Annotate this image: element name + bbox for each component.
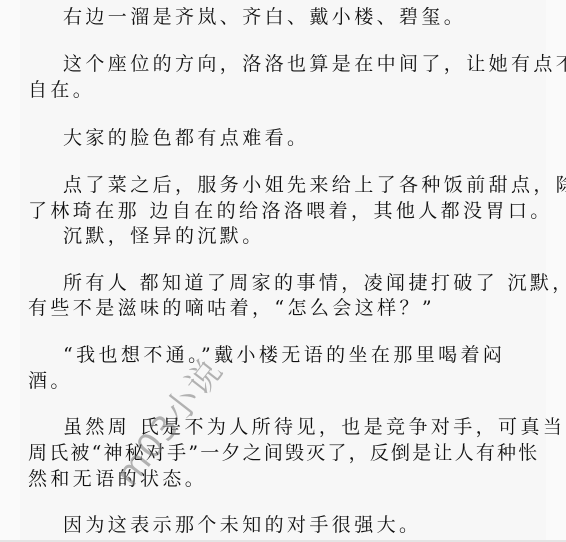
text-line: 右边一溜是齐岚、齐白、戴小楼、碧玺。: [63, 5, 566, 29]
text-line: 自在。: [28, 78, 558, 102]
page-margin-left: [0, 0, 20, 542]
text-line: “我也想不通。”戴小楼无语的坐在那里喝着闷: [63, 343, 566, 367]
text-line: 周氏被“神秘对手”一夕之间毁灭了，反倒是让人有种怅: [28, 441, 558, 465]
text-line: 了林琦在那 边自在的给洛洛喂着，其他人都没胃口。: [28, 199, 558, 223]
text-line: 沉默，怪异的沉默。: [63, 224, 566, 248]
text-line: 点了菜之后，服务小姐先来给上了各种饭前甜点，除: [63, 173, 566, 197]
text-line: 这个座位的方向，洛洛也算是在中间了，让她有点不: [63, 52, 566, 76]
document-page: 右边一溜是齐岚、齐白、戴小楼、碧玺。 这个座位的方向，洛洛也算是在中间了，让她有…: [0, 0, 566, 542]
text-line: 然和无语的状态。: [28, 467, 558, 491]
text-line: 因为这表示那个未知的对手很强大。: [63, 513, 566, 537]
text-line: 有些不是滋味的嘀咕着，“怎么会这样？”: [28, 296, 558, 320]
text-line: 大家的脸色都有点难看。: [63, 126, 566, 150]
text-line: 所有人 都知道了周家的事情，凌闻捷打破了 沉默，: [63, 271, 566, 295]
text-line: 虽然周 氏是不为人所待见，也是竞争对手，可真当: [63, 415, 566, 439]
text-line: 酒。: [28, 369, 558, 393]
